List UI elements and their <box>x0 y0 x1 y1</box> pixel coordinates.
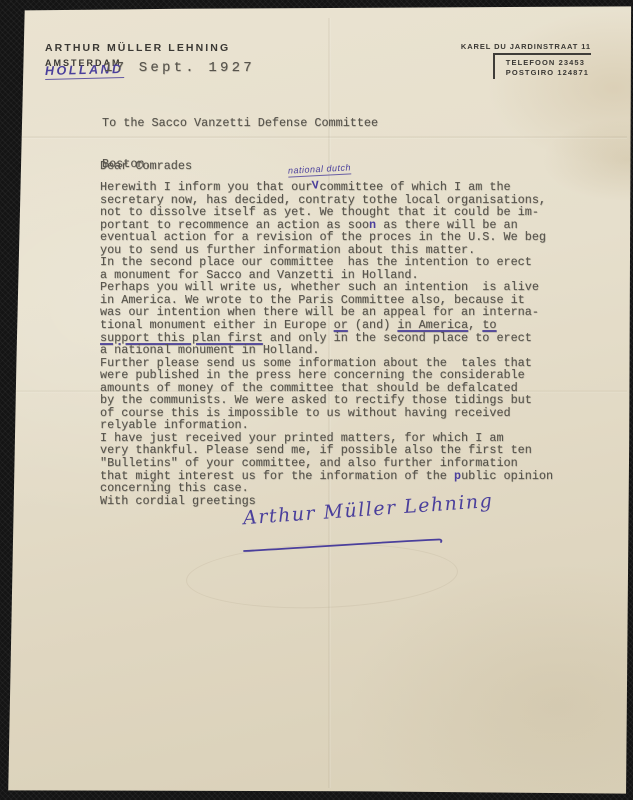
letterhead-street: KAREL DU JARDINSTRAAT 11 <box>453 42 591 51</box>
letterhead-postgiro: POSTGIRO 124871 <box>506 68 589 78</box>
letter-body: Herewith I inform you that ourVcommittee… <box>100 181 580 507</box>
letterhead-right: KAREL DU JARDINSTRAAT 11 TELEFOON 23453 … <box>453 42 591 79</box>
letterhead-name: ARTHUR MÜLLER LEHNING <box>45 42 230 54</box>
typed-text: ublic opinion <box>461 469 553 483</box>
typed-text: With cordial greetings <box>100 494 256 508</box>
recipient-line1: To the Sacco Vanzetti Defense Committee <box>102 117 378 131</box>
signature: Arthur Müller Lehning <box>243 500 453 560</box>
salutation: Dear Comrades <box>100 159 192 173</box>
letter-date: 17 Sept. 1927 <box>104 60 255 76</box>
letter-paper: ARTHUR MÜLLER LEHNING AMSTERDAM HOLLAND … <box>0 0 633 800</box>
ink-correction: p <box>454 469 461 483</box>
letterhead-contact-box: TELEFOON 23453 POSTGIRO 124871 <box>493 53 591 79</box>
letterhead-telefoon: TELEFOON 23453 <box>506 58 589 68</box>
signature-underline <box>241 536 446 554</box>
